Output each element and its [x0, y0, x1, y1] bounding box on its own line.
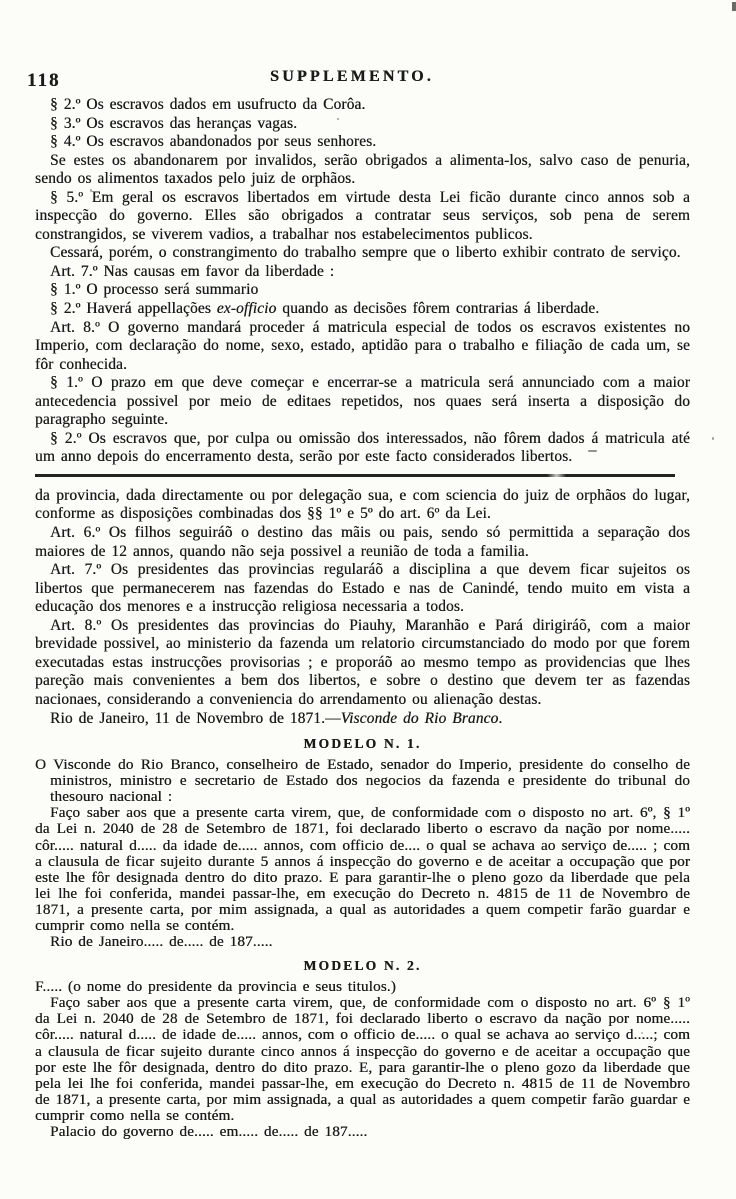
dateline-signature: Rio de Janeiro, 11 de Novembro de 1871.—… [35, 710, 690, 729]
latin-term: ex-officio [217, 300, 277, 317]
modelo-1-intro: O Visconde do Rio Branco, conselheiro de… [35, 757, 690, 805]
dateline-text: Rio de Janeiro, 11 de Novembro de 1871.— [50, 710, 341, 727]
instructions-article-6: Art. 6.º Os filhos seguiráõ o destino da… [35, 524, 690, 561]
section-modelo-1: O Visconde do Rio Branco, conselheiro de… [35, 757, 690, 950]
section-law-continuation: § 2.º Os escravos dados em usufructo da … [35, 96, 690, 467]
instructions-continuation: da provincia, dada directamente ou por d… [35, 487, 690, 524]
section-divider [35, 474, 675, 477]
paragraph-text: quando as decisões fôrem contrarias á li… [276, 300, 599, 317]
modelo-2-heading: MODELO N. 2. [35, 957, 690, 974]
dateline-text: . [498, 710, 502, 727]
law-article-8: Art. 8.º O governo mandará proceder á ma… [35, 319, 690, 375]
law-paragraph-3: § 3.º Os escravos das heranças vagas. [35, 115, 690, 134]
law-paragraph-cessara: Cessará, porém, o constrangimento do tra… [35, 244, 690, 263]
modelo-1-dateline: Rio de Janeiro..... de..... de 187..... [35, 934, 690, 950]
instructions-article-7: Art. 7.º Os presidentes das provincias r… [35, 561, 690, 617]
law-article-7: Art. 7.º Nas causas em favor da liberdad… [35, 263, 690, 282]
modelo-2-dateline: Palacio do governo de..... em..... de...… [35, 1124, 690, 1140]
law-article-7-par-2: § 2.º Haverá appellações ex-officio quan… [35, 300, 690, 319]
running-title: SUPPLEMENTO. [0, 68, 720, 86]
law-article-7-par-1: § 1.º O processo será summario [35, 281, 690, 300]
section-instructions: da provincia, dada directamente ou por d… [35, 487, 690, 728]
modelo-1-body: Faço saber aos que a presente carta vire… [35, 805, 690, 934]
scanned-document-page: 118 SUPPLEMENTO. § 2.º Os escravos dados… [0, 0, 736, 1199]
law-paragraph-2: § 2.º Os escravos dados em usufructo da … [35, 96, 690, 115]
instructions-article-8: Art. 8.º Os presidentes das provincias d… [35, 617, 690, 710]
section-modelo-2: F..... (o nome do presidente da provinci… [35, 979, 690, 1140]
page-header: 118 SUPPLEMENTO. [0, 68, 736, 92]
law-article-8-par-1: § 1.º O prazo em que deve começar e ence… [35, 374, 690, 430]
modelo-1-heading: MODELO N. 1. [35, 735, 690, 752]
law-article-8-par-2: § 2.º Os escravos que, por culpa ou omis… [35, 430, 690, 467]
signature-name: Visconde do Rio Branco [341, 710, 499, 727]
text-block: § 2.º Os escravos dados em usufructo da … [35, 96, 690, 1140]
modelo-2-body: Faço saber aos que a presente carta vire… [35, 995, 690, 1124]
law-paragraph-abandono: Se estes os abandonarem por invalidos, s… [35, 152, 690, 189]
paragraph-text: § 2.º Haverá appellações [50, 300, 217, 317]
scan-artifact [712, 437, 714, 440]
law-paragraph-4: § 4.º Os escravos abandonados por seus s… [35, 133, 690, 152]
law-paragraph-5: § 5.º Em geral os escravos libertados em… [35, 189, 690, 245]
modelo-2-intro: F..... (o nome do presidente da provinci… [35, 979, 690, 995]
scan-artifact [732, 2, 736, 11]
